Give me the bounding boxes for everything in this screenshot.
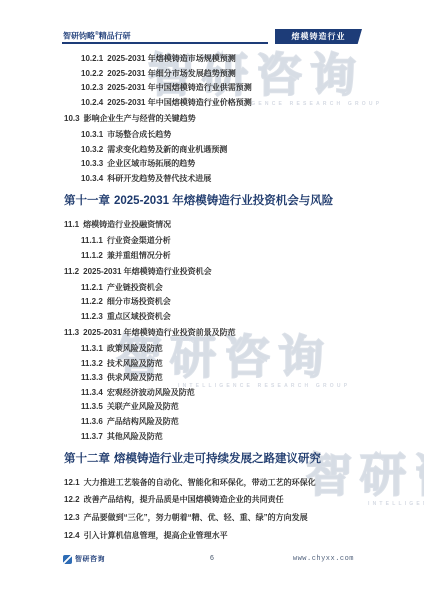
toc-entry-number: 12.3 (64, 513, 80, 522)
toc-entry-number: 10.3.4 (81, 174, 103, 183)
toc-entry-title: 2025-2031 年熔模铸造市场规模预测 (107, 54, 235, 63)
toc-chapter-heading: 第十一章2025-2031 年熔模铸造行业投资机会与风险 (0, 193, 424, 209)
industry-tag-badge: 熔模铸造行业 (275, 29, 362, 44)
toc-entry-number: 12.2 (64, 495, 80, 504)
toc-chapter-heading: 第十二章熔模铸造行业走可持续发展之路建议研究 (0, 451, 424, 467)
toc-entry-number: 11.3 (64, 328, 79, 337)
toc-entry-number: 11.2.1 (81, 283, 103, 292)
toc-entry-number: 10.3.3 (81, 159, 103, 168)
toc-entry: 10.3.3企业区域市场拓展的趋势 (0, 157, 424, 172)
toc-entry-number: 11.2.3 (81, 312, 103, 321)
toc-entry-title: 熔模铸造行业走可持续发展之路建议研究 (114, 453, 321, 465)
toc-entry-title: 细分市场投资机会 (107, 297, 171, 306)
toc-entry-number: 10.3.2 (81, 145, 103, 154)
brand-suffix: 精品行研 (99, 32, 131, 41)
toc-entry: 10.3影响企业生产与经营的关键趋势 (0, 112, 424, 127)
toc-entry: 11.2.3重点区域投资机会 (0, 310, 424, 325)
toc-entry-number: 10.2.2 (81, 69, 103, 78)
page-footer: 智研咨询 6 www.chyxx.com (0, 553, 424, 569)
toc-entry: 12.2改善产品结构，提升品质是中国熔模铸造企业的共同责任 (0, 493, 424, 508)
toc-entry: 10.2.22025-2031 年细分市场发展趋势预测 (0, 67, 424, 82)
toc-entry-title: 大力推进工艺装备的自动化、智能化和环保化，带动工艺的环保化 (84, 478, 316, 487)
toc-entry: 11.3.3供求风险及防范 (0, 371, 424, 386)
toc-entry: 11.1.2兼并重组情况分析 (0, 249, 424, 264)
toc-entry-title: 产品结构风险及防范 (107, 417, 179, 426)
toc-entry: 10.2.12025-2031 年熔模铸造市场规模预测 (0, 52, 424, 67)
toc-entry-number: 10.3 (64, 114, 80, 123)
toc-entry-number: 10.2.1 (81, 54, 103, 63)
toc-entry-number: 第十二章 (64, 453, 110, 465)
toc-entry: 10.3.1市场整合成长趋势 (0, 128, 424, 143)
toc-entry-number: 10.2.4 (81, 98, 103, 107)
toc-entry-title: 2025-2031 年细分市场发展趋势预测 (107, 69, 235, 78)
toc-entry-title: 兼并重组情况分析 (107, 251, 171, 260)
toc-entry: 11.32025-2031 年熔模铸造行业投资前景及防范 (0, 326, 424, 341)
toc-entry: 11.1.1行业资金渠道分析 (0, 234, 424, 249)
toc-entry: 11.3.4宏观经济波动风险及防范 (0, 386, 424, 401)
brand-name: 智研钧略 (63, 32, 95, 41)
toc-entry-number: 11.3.2 (81, 359, 103, 368)
header-divider (62, 42, 268, 44)
toc-entry-title: 供求风险及防范 (107, 373, 163, 382)
toc-entry: 11.3.7其他风险及防范 (0, 430, 424, 445)
toc-entry-title: 2025-2031 年熔模铸造行业投资前景及防范 (83, 328, 235, 337)
toc-entry-number: 11.3.3 (81, 373, 103, 382)
brand-logo-text: 智研钧略®精品行研 (63, 29, 131, 42)
toc-entry-number: 12.1 (64, 478, 80, 487)
toc-entry-title: 熔模铸造行业投融资情况 (83, 220, 171, 229)
toc-entry-title: 关联产业风险及防范 (107, 402, 179, 411)
toc-entry-title: 影响企业生产与经营的关键趋势 (84, 114, 196, 123)
page-number: 6 (0, 555, 424, 562)
toc-entry-number: 11.3.7 (81, 432, 103, 441)
toc-entry-title: 2025-2031 年熔模铸造行业投资机会 (83, 267, 211, 276)
table-of-contents: 10.2.12025-2031 年熔模铸造市场规模预测10.2.22025-20… (0, 52, 424, 545)
toc-entry: 10.2.42025-2031 年中国熔模铸造行业价格预测 (0, 96, 424, 111)
toc-entry-title: 行业资金渠道分析 (107, 236, 171, 245)
toc-entry-title: 改善产品结构，提升品质是中国熔模铸造企业的共同责任 (84, 495, 284, 504)
toc-entry: 11.3.6产品结构风险及防范 (0, 415, 424, 430)
toc-entry-title: 市场整合成长趋势 (107, 130, 171, 139)
toc-entry-title: 技术风险及防范 (107, 359, 163, 368)
toc-entry: 11.2.2细分市场投资机会 (0, 295, 424, 310)
toc-entry-number: 11.3.6 (81, 417, 103, 426)
toc-entry-number: 11.1.2 (81, 251, 103, 260)
toc-entry-number: 11.2 (64, 267, 79, 276)
toc-entry: 10.3.4科研开发趋势及替代技术进展 (0, 172, 424, 187)
toc-entry-number: 11.1 (64, 220, 79, 229)
industry-tag-label: 熔模铸造行业 (292, 31, 346, 42)
toc-entry-title: 企业区域市场拓展的趋势 (107, 159, 195, 168)
toc-entry-number: 11.3.1 (81, 344, 103, 353)
toc-entry-title: 引入计算机信息管理，提高企业管理水平 (84, 531, 228, 540)
toc-entry: 12.1大力推进工艺装备的自动化、智能化和环保化，带动工艺的环保化 (0, 476, 424, 491)
toc-entry: 11.22025-2031 年熔模铸造行业投资机会 (0, 265, 424, 280)
toc-entry: 12.3产品要做到“三化”，努力朝着“精、优、轻、重、绿”的方向发展 (0, 511, 424, 526)
toc-entry-number: 第十一章 (64, 195, 110, 207)
toc-entry-title: 政策风险及防范 (107, 344, 163, 353)
toc-entry: 10.2.32025-2031 年中国熔模铸造行业供需预测 (0, 81, 424, 96)
toc-entry-number: 11.3.4 (81, 388, 103, 397)
toc-entry: 11.2.1产业链投资机会 (0, 281, 424, 296)
toc-entry-number: 10.2.3 (81, 83, 103, 92)
toc-entry: 10.3.2需求变化趋势及新的商业机遇预测 (0, 143, 424, 158)
toc-entry-title: 其他风险及防范 (107, 432, 163, 441)
toc-entry-title: 2025-2031 年熔模铸造行业投资机会与风险 (114, 195, 333, 207)
toc-entry: 11.3.1政策风险及防范 (0, 342, 424, 357)
toc-entry: 12.4引入计算机信息管理，提高企业管理水平 (0, 529, 424, 544)
toc-entry: 11.1熔模铸造行业投融资情况 (0, 218, 424, 233)
toc-entry-title: 需求变化趋势及新的商业机遇预测 (107, 145, 227, 154)
footer-website: www.chyxx.com (293, 555, 354, 563)
toc-entry-number: 11.2.2 (81, 297, 103, 306)
toc-entry-title: 产业链投资机会 (107, 283, 163, 292)
toc-entry: 11.3.5关联产业风险及防范 (0, 400, 424, 415)
toc-entry-title: 产品要做到“三化”，努力朝着“精、优、轻、重、绿”的方向发展 (84, 513, 308, 522)
toc-entry-title: 2025-2031 年中国熔模铸造行业供需预测 (107, 83, 251, 92)
toc-entry-number: 10.3.1 (81, 130, 103, 139)
toc-entry-number: 11.3.5 (81, 402, 103, 411)
report-page: 智研咨询 INTELLIGENCE RESEARCH GROUP 智研咨询 IN… (0, 0, 424, 600)
toc-entry-title: 宏观经济波动风险及防范 (107, 388, 195, 397)
toc-entry-number: 12.4 (64, 531, 80, 540)
toc-entry-title: 2025-2031 年中国熔模铸造行业价格预测 (107, 98, 251, 107)
toc-entry-number: 11.1.1 (81, 236, 103, 245)
toc-entry: 11.3.2技术风险及防范 (0, 357, 424, 372)
toc-entry-title: 科研开发趋势及替代技术进展 (107, 174, 211, 183)
toc-entry-title: 重点区域投资机会 (107, 312, 171, 321)
